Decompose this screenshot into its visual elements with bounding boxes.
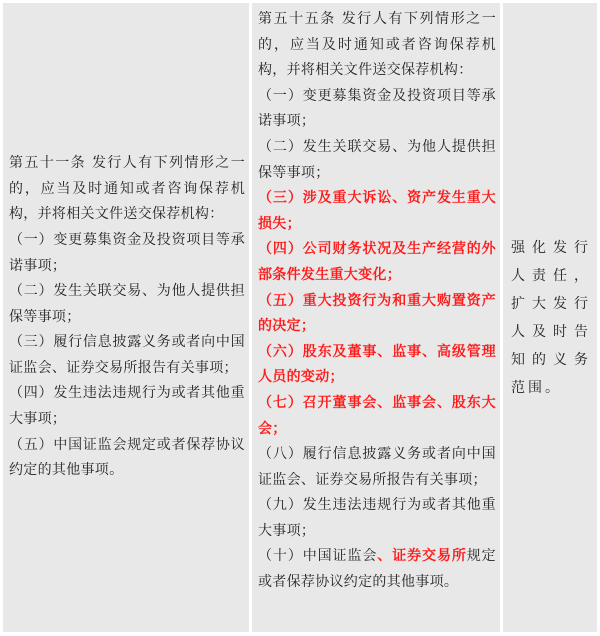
note-cell: 强化发行人责任，扩大发行人及时告知的义务范围。: [503, 3, 597, 632]
new-article-cell: 第五十五条 发行人有下列情形之一的，应当及时通知或者咨询保荐机构，并将相关文件送…: [252, 3, 500, 632]
old-article-item-3: （三）履行信息披露义务或者向中国证监会、证券交易所报告有关事项；: [9, 330, 245, 381]
new-article-item-1: （一）变更募集资金及投资项目等承诺事项；: [258, 84, 496, 135]
old-article-item-4: （四）发生违法违规行为或者其他重大事项；: [9, 381, 245, 432]
new-article-item-4-highlighted: （四）公司财务状况及生产经营的外部条件发生重大变化；: [258, 237, 496, 288]
new-article-intro: 第五十五条 发行人有下列情形之一的，应当及时通知或者咨询保荐机构，并将相关文件送…: [258, 7, 496, 84]
new-article-item-8: （八）履行信息披露义务或者向中国证监会、证券交易所报告有关事项；: [258, 442, 496, 493]
comparison-table: 第五十一条 发行人有下列情形之一的，应当及时通知或者咨询保荐机构，并将相关文件送…: [0, 0, 600, 632]
new-article-item-5-highlighted: （五）重大投资行为和重大购置资产的决定；: [258, 289, 496, 340]
old-article-item-1: （一）变更募集资金及投资项目等承诺事项；: [9, 228, 245, 279]
change-note: 强化发行人责任，扩大发行人及时告知的义务范围。: [511, 234, 591, 402]
item-10-prefix: （十）中国证监会: [258, 548, 377, 564]
new-article-item-7-highlighted: （七）召开董事会、监事会、股东大会；: [258, 391, 496, 442]
old-article-item-2: （二）发生关联交易、为他人提供担保等事项；: [9, 279, 245, 330]
new-article-item-9: （九）发生违法违规行为或者其他重大事项；: [258, 493, 496, 544]
new-article-item-2: （二）发生关联交易、为他人提供担保等事项；: [258, 135, 496, 186]
item-10-highlight: 、证券交易所: [377, 548, 466, 564]
old-article-cell: 第五十一条 发行人有下列情形之一的，应当及时通知或者咨询保荐机构，并将相关文件送…: [3, 3, 249, 632]
old-article-intro: 第五十一条 发行人有下列情形之一的，应当及时通知或者咨询保荐机构，并将相关文件送…: [9, 151, 245, 228]
new-article-item-6-highlighted: （六）股东及董事、监事、高级管理人员的变动；: [258, 340, 496, 391]
new-article-item-10: （十）中国证监会、证券交易所规定或者保荐协议约定的其他事项。: [258, 544, 496, 595]
old-article-item-5: （五）中国证监会规定或者保荐协议约定的其他事项。: [9, 433, 245, 484]
new-article-item-3-highlighted: （三）涉及重大诉讼、资产发生重大损失；: [258, 186, 496, 237]
